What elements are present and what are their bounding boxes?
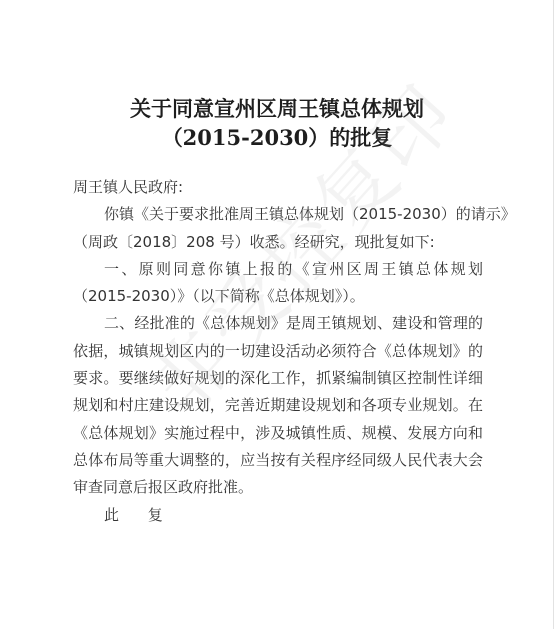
paragraph-two-line-5: 《总体规划》实施过程中，涉及城镇性质、规模、发展方向和: [73, 420, 483, 447]
paragraph-two-line-3: 要求。要继续做好规划的深化工作，抓紧编制镇区控制性详细: [73, 365, 483, 392]
document-title-line-2: （2015-2030）的批复: [0, 122, 554, 152]
paragraph-one-line-2: （2015-2030）》（以下简称《总体规划》）。: [73, 283, 483, 310]
document-page: 关于同意宣州区周王镇总体规划 （2015-2030）的批复 周王镇人民政府: 你…: [0, 0, 554, 629]
closing-remark: 此 复: [73, 502, 483, 529]
salutation: 周王镇人民政府:: [73, 174, 483, 201]
paragraph-intro-line-2: （周政〔2018〕208 号）收悉。经研究，现批复如下:: [73, 229, 483, 256]
paragraph-two-line-6: 总体布局等重大调整的，应当按有关程序经同级人民代表大会: [73, 447, 483, 474]
document-title-line-1: 关于同意宣州区周王镇总体规划: [0, 93, 554, 123]
paragraph-one-line-1: 一、原则同意你镇上报的《宣州区周王镇总体规划: [73, 256, 483, 283]
paragraph-two-line-2: 依据，城镇规划区内的一切建设活动必须符合《总体规划》的: [73, 338, 483, 365]
paragraph-two-line-4: 规划和村庄建设规划，完善近期建设规划和各项专业规划。在: [73, 392, 483, 419]
document-body: 周王镇人民政府: 你镇《关于要求批准周王镇总体规划（2015-2030）的请示》…: [73, 174, 483, 529]
paragraph-intro-line-1: 你镇《关于要求批准周王镇总体规划（2015-2030）的请示》: [73, 201, 483, 228]
paragraph-two-line-1: 二、经批准的《总体规划》是周王镇规划、建设和管理的: [73, 310, 483, 337]
paragraph-two-line-7: 审查同意后报区政府批准。: [73, 474, 483, 501]
